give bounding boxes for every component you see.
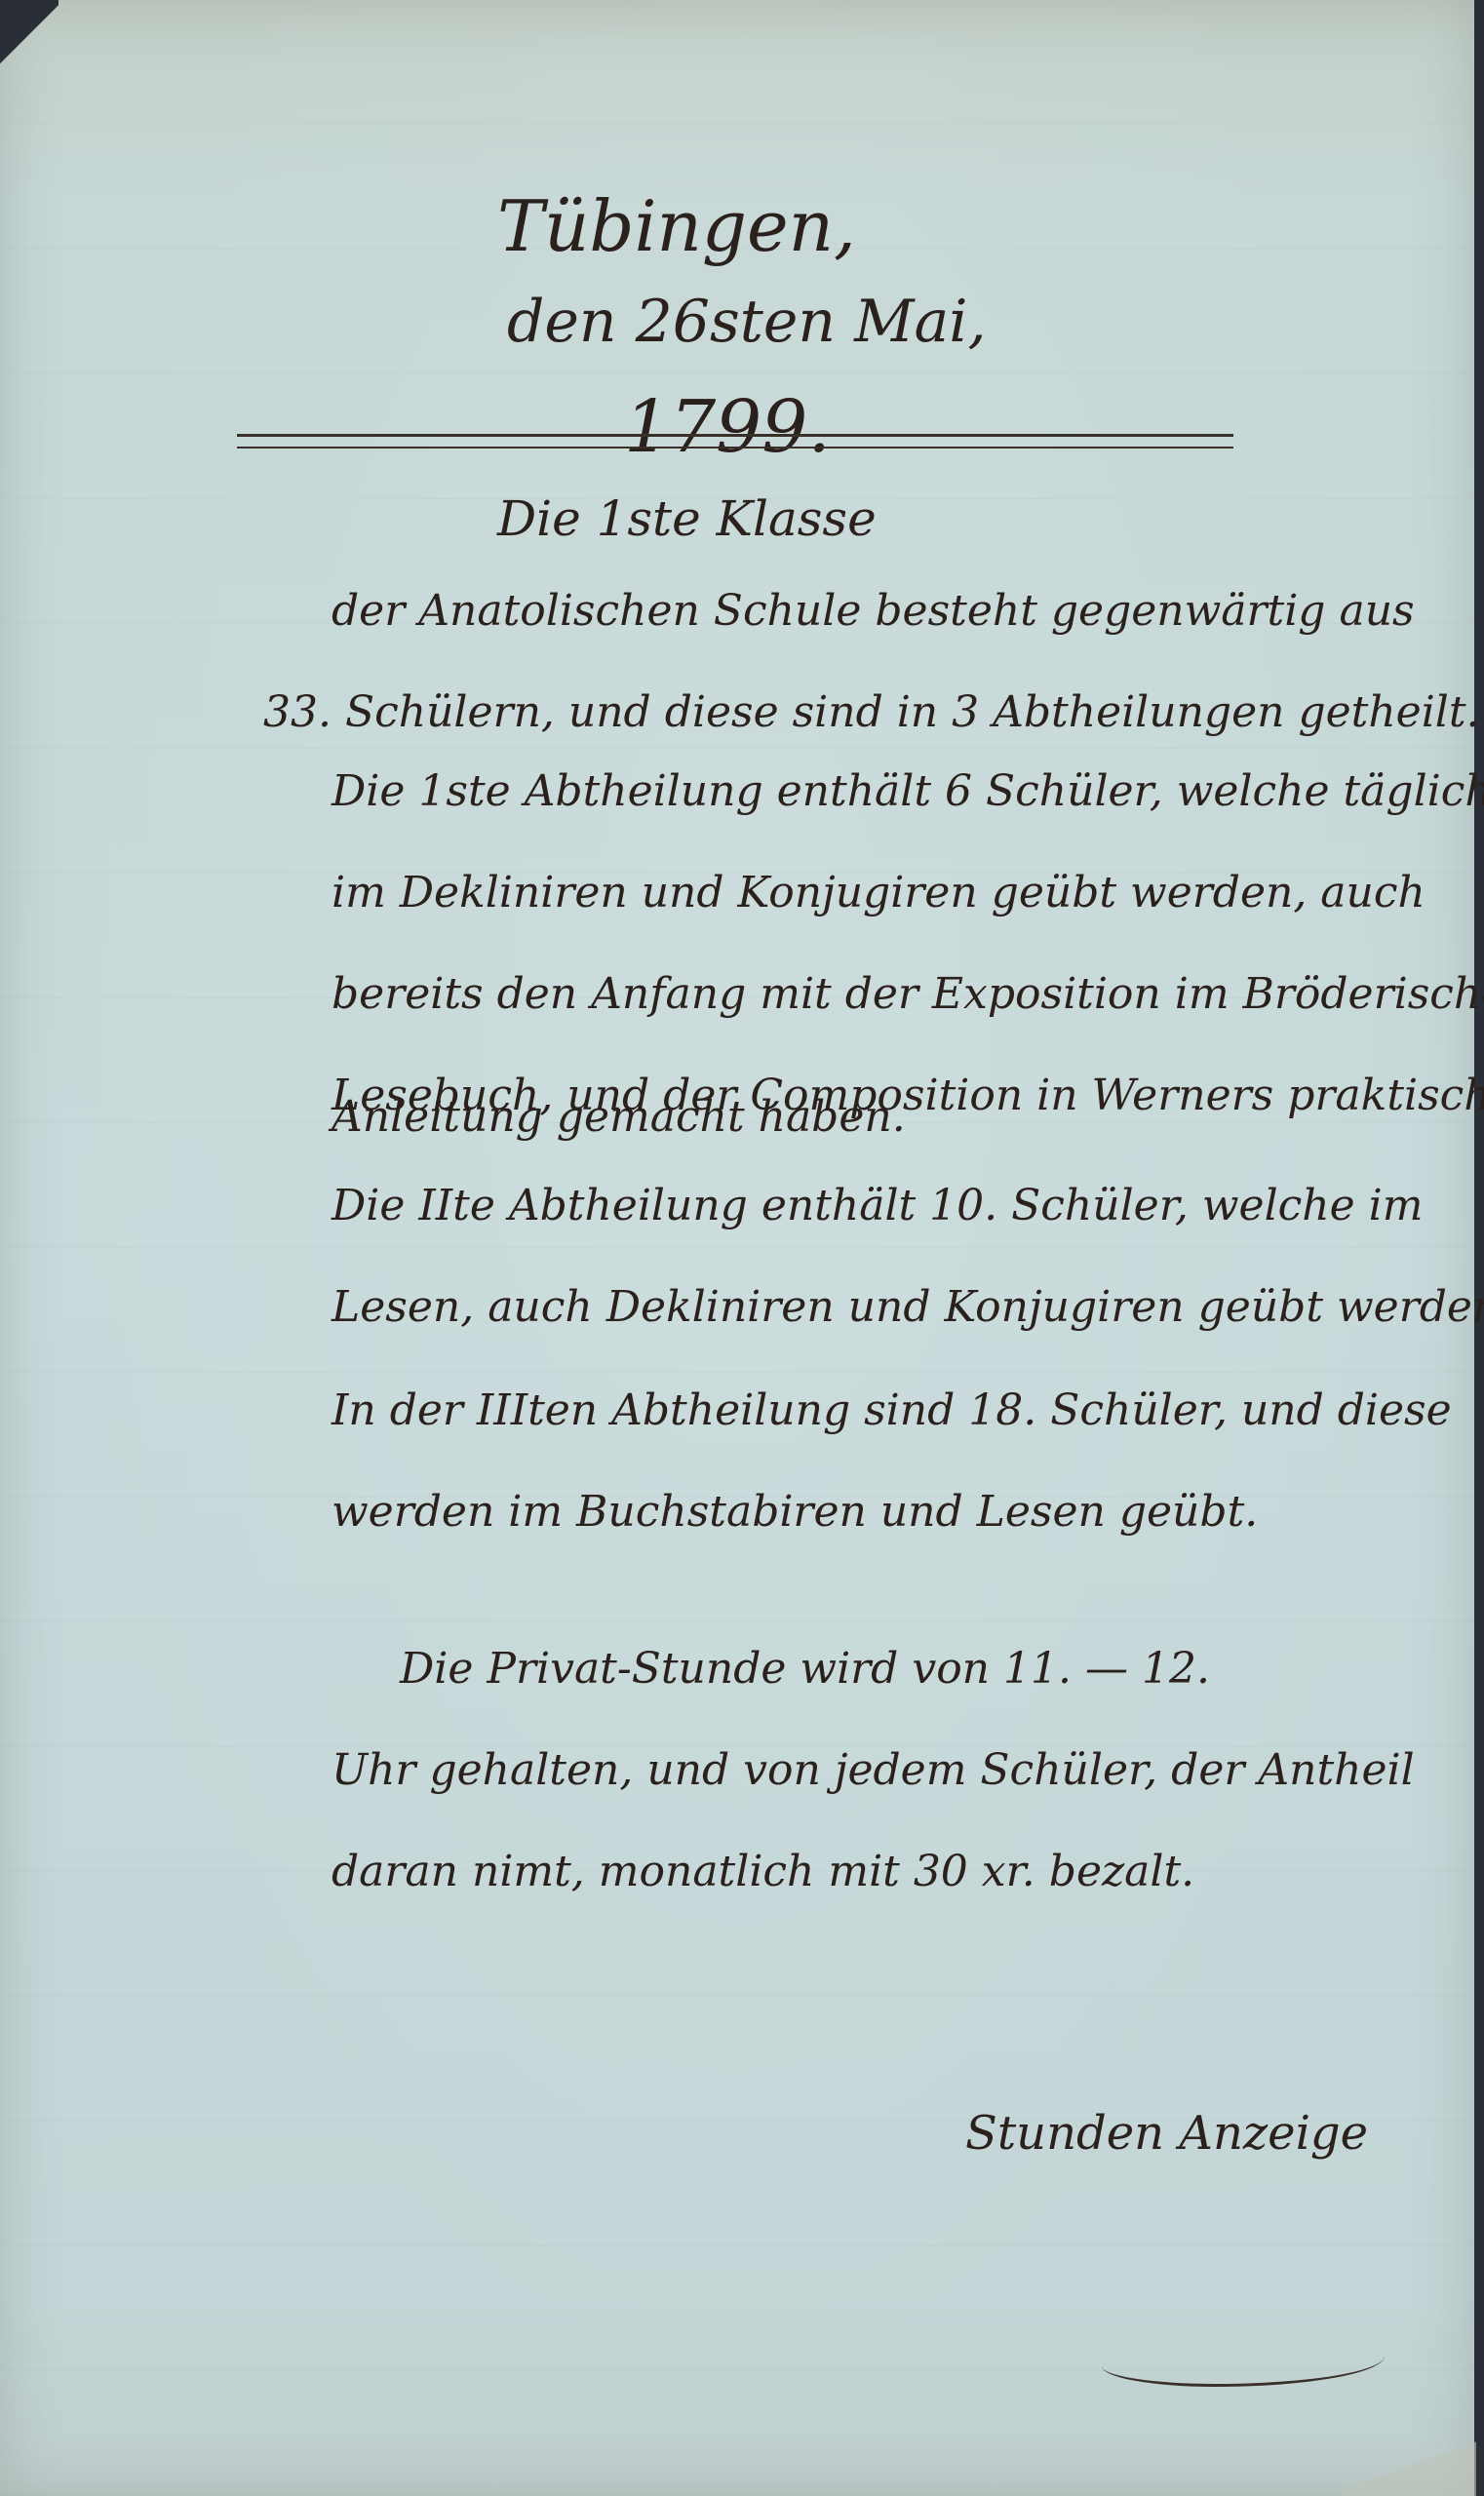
- signature: Stunden Anzeige: [965, 2106, 1368, 2161]
- paragraph-division-1-end: Anleitung gemacht haben.: [332, 1067, 1484, 1168]
- text-line: Die Privat-Stunde wird von 11. — 12.: [263, 1618, 1453, 1720]
- section-heading: Die 1ste Klasse: [497, 468, 1484, 569]
- text-line: daran nimt, monatlich mit 30 xr. bezalt.: [263, 1821, 1453, 1923]
- text-line: Lesen, auch Dekliniren und Konjugiren ge…: [263, 1257, 1453, 1358]
- text-line: Die 1ste Abtheilung enthält 6 Schüler, w…: [263, 741, 1453, 842]
- paragraph-private-lesson: Die Privat-Stunde wird von 11. — 12. Uhr…: [263, 1618, 1453, 1923]
- paragraph-division-2: Die IIte Abtheilung enthält 10. Schüler,…: [263, 1155, 1453, 1358]
- place-name: Tübingen,: [497, 185, 1484, 267]
- double-rule-divider: [237, 434, 1233, 448]
- document-page: Tübingen, den 26sten Mai, 1799. Die 1ste…: [0, 0, 1474, 2496]
- text-line: im Dekliniren und Konjugiren geübt werde…: [263, 842, 1453, 944]
- text-line: der Anatolischen Schule besteht gegenwär…: [263, 561, 1453, 662]
- text-line: In der IIIten Abtheilung sind 18. Schüle…: [263, 1360, 1453, 1462]
- text-line: Anleitung gemacht haben.: [332, 1067, 1484, 1168]
- date-line: den 26sten Mai,: [507, 288, 1484, 356]
- year: 1799.: [624, 385, 1484, 469]
- paragraph-division-3: In der IIIten Abtheilung sind 18. Schüle…: [263, 1360, 1453, 1563]
- text-line: Uhr gehalten, und von jedem Schüler, der…: [263, 1720, 1453, 1821]
- text-line: bereits den Anfang mit der Exposition im…: [263, 944, 1453, 1045]
- paragraph-class-overview: der Anatolischen Schule besteht gegenwär…: [263, 561, 1453, 763]
- text-line: Die IIte Abtheilung enthält 10. Schüler,…: [263, 1155, 1453, 1257]
- text-line: werden im Buchstabiren und Lesen geübt.: [263, 1462, 1453, 1563]
